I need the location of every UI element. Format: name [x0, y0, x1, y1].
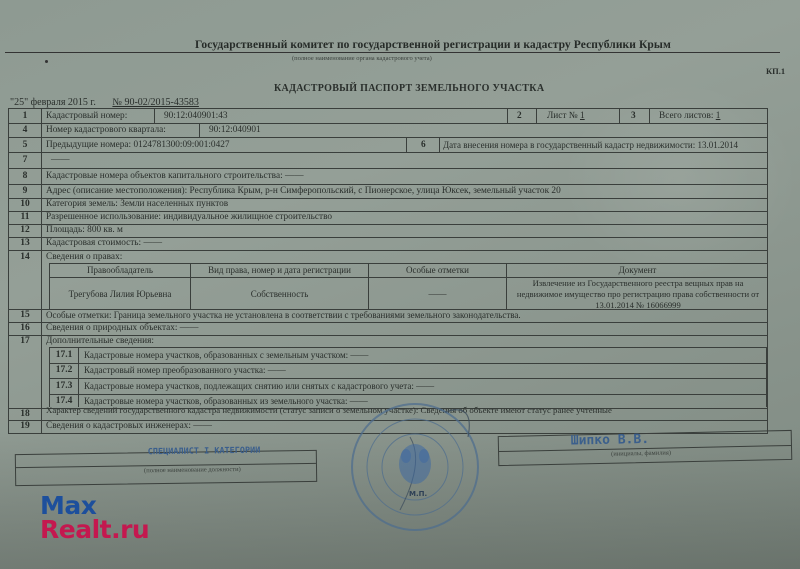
- form-code: КП.1: [766, 66, 785, 76]
- rights-label: Сведения о правах:: [46, 251, 122, 263]
- position-box: СПЕЦИАЛИСТ I КАТЕГОРИИ (полное наименова…: [15, 450, 317, 486]
- special-notes: Особые отметки: Граница земельного участ…: [46, 309, 521, 322]
- signatory-name: Шипко В.В.: [571, 432, 650, 449]
- name-caption: (инициалы, фамилия): [611, 449, 671, 457]
- agency-caption: (полное наименование органа кадастрового…: [292, 55, 432, 62]
- rights-table: Правообладатель Вид права, номер и дата …: [49, 263, 768, 310]
- sub-number: 17.3: [50, 379, 79, 394]
- row-number: 15: [9, 309, 42, 322]
- rights-header-document: Документ: [507, 264, 768, 278]
- row-8: 8 Кадастровые номера объектов капитально…: [8, 168, 768, 185]
- row-number: 12: [9, 224, 42, 237]
- address: Адрес (описание местоположения): Республ…: [46, 184, 561, 198]
- sheet-number-value: 1: [580, 111, 585, 121]
- sub-number: 17.2: [50, 363, 79, 378]
- mark-dot: [45, 60, 48, 63]
- watermark-line2: Realt.ru: [40, 518, 149, 542]
- row-10: 10 Категория земель: Земли населенных пу…: [8, 198, 768, 212]
- row-number: 3: [631, 109, 636, 123]
- row-number: 4: [9, 123, 42, 137]
- registration-date: Дата внесения номера в государственный к…: [443, 138, 738, 152]
- cadastral-number-label: Кадастровый номер:: [46, 109, 127, 123]
- additional-info-label: Дополнительные сведения:: [46, 335, 154, 347]
- land-category: Категория земель: Земли населенных пункт…: [46, 198, 228, 211]
- watermark-logo: Max Realt.ru: [40, 494, 149, 542]
- row-7-value: ——: [51, 153, 70, 167]
- row-number: 17: [9, 335, 42, 408]
- agency-underline: [5, 52, 780, 53]
- row-1: 1 Кадастровый номер: 90:12:040901:43 2 Л…: [8, 108, 768, 124]
- document-number: № 90-02/2015-43583: [112, 97, 198, 108]
- row-15: 15 Особые отметки: Граница земельного уч…: [8, 309, 768, 323]
- cadastral-value: Кадастровая стоимость: ——: [46, 237, 162, 250]
- row-number: 18: [9, 408, 42, 420]
- quarter-number-label: Номер кадастрового квартала:: [46, 123, 166, 137]
- row-4: 4 Номер кадастрового квартала: 90:12:040…: [8, 123, 768, 138]
- agency-name: Государственный комитет по государственн…: [195, 39, 671, 51]
- position-stamp: СПЕЦИАЛИСТ I КАТЕГОРИИ: [148, 446, 261, 458]
- additional-item: 17.2 Кадастровый номер преобразованного …: [49, 363, 767, 379]
- total-sheets-value: 1: [716, 111, 721, 121]
- row-number: 9: [9, 184, 42, 198]
- capital-construction-numbers: Кадастровые номера объектов капитального…: [46, 169, 304, 183]
- row-5: 5 Предыдущие номера: 0124781300:09:001:0…: [8, 138, 768, 153]
- sheet-number: Лист № 1: [547, 109, 585, 123]
- area: Площадь: 800 кв. м: [46, 224, 123, 237]
- position-caption: (полное наименование должности): [144, 466, 241, 474]
- row-number: 11: [9, 211, 42, 224]
- document-title: КАДАСТРОВЫЙ ПАСПОРТ ЗЕМЕЛЬНОГО УЧАСТКА: [274, 83, 544, 94]
- row-12: 12 Площадь: 800 кв. м: [8, 224, 768, 238]
- issue-date-line: "25" февраля 2015 г. № 90-02/2015-43583: [10, 97, 199, 108]
- issue-date: "25" февраля 2015 г.: [10, 97, 96, 108]
- rights-header-type: Вид права, номер и дата регистрации: [191, 264, 369, 278]
- seal-mark: М.П.: [409, 490, 427, 498]
- row-11: 11 Разрешенное использование: индивидуал…: [8, 211, 768, 225]
- rights-type: Собственность: [191, 278, 369, 310]
- row-number: 8: [9, 169, 42, 184]
- cadastral-engineers: Сведения о кадастровых инженерах: ——: [46, 420, 212, 433]
- row-number: 14: [9, 250, 42, 309]
- row-7: 7 ——: [8, 153, 768, 169]
- additional-item: 17.1 Кадастровые номера участков, образо…: [49, 347, 767, 364]
- official-seal-icon: М.П.: [340, 392, 490, 542]
- row-9: 9 Адрес (описание местоположения): Респу…: [8, 184, 768, 199]
- natural-objects: Сведения о природных объектах: ——: [46, 322, 198, 335]
- row-number: 1: [9, 109, 42, 123]
- permitted-use: Разрешенное использование: индивидуально…: [46, 211, 332, 224]
- rights-header-holder: Правообладатель: [50, 264, 191, 278]
- row-number: 13: [9, 237, 42, 250]
- row-16: 16 Сведения о природных объектах: ——: [8, 322, 768, 336]
- cadastral-number-value: 90:12:040901:43: [164, 109, 228, 123]
- row-number: 2: [517, 109, 522, 123]
- total-sheets: Всего листов: 1: [659, 109, 720, 123]
- sub-text: Кадастровые номера участков, образованны…: [84, 348, 368, 363]
- row-number: 7: [9, 153, 42, 168]
- previous-numbers: Предыдущие номера: 0124781300:09:001:042…: [46, 138, 230, 152]
- row-number: 19: [9, 420, 42, 433]
- row-number: 16: [9, 322, 42, 335]
- sub-text: Кадастровый номер преобразованного участ…: [84, 363, 286, 378]
- sub-number: 17.1: [50, 348, 79, 363]
- name-box: Шипко В.В. (инициалы, фамилия): [498, 430, 793, 466]
- record-status: Характер сведений государственного кадас…: [46, 404, 612, 416]
- row-number: 5: [9, 138, 42, 152]
- row-number: 10: [9, 198, 42, 211]
- rights-holder: Трегубова Лилия Юрьевна: [50, 278, 191, 310]
- row-number: 6: [421, 138, 426, 152]
- row-13: 13 Кадастровая стоимость: ——: [8, 237, 768, 251]
- row-14: 14 Сведения о правах: Правообладатель Ви…: [8, 250, 768, 310]
- rights-header-notes: Особые отметки: [369, 264, 507, 278]
- rights-notes: ——: [369, 278, 507, 310]
- rights-document: Извлечение из Государственного реестра в…: [512, 278, 764, 310]
- quarter-number-value: 90:12:040901: [209, 123, 261, 137]
